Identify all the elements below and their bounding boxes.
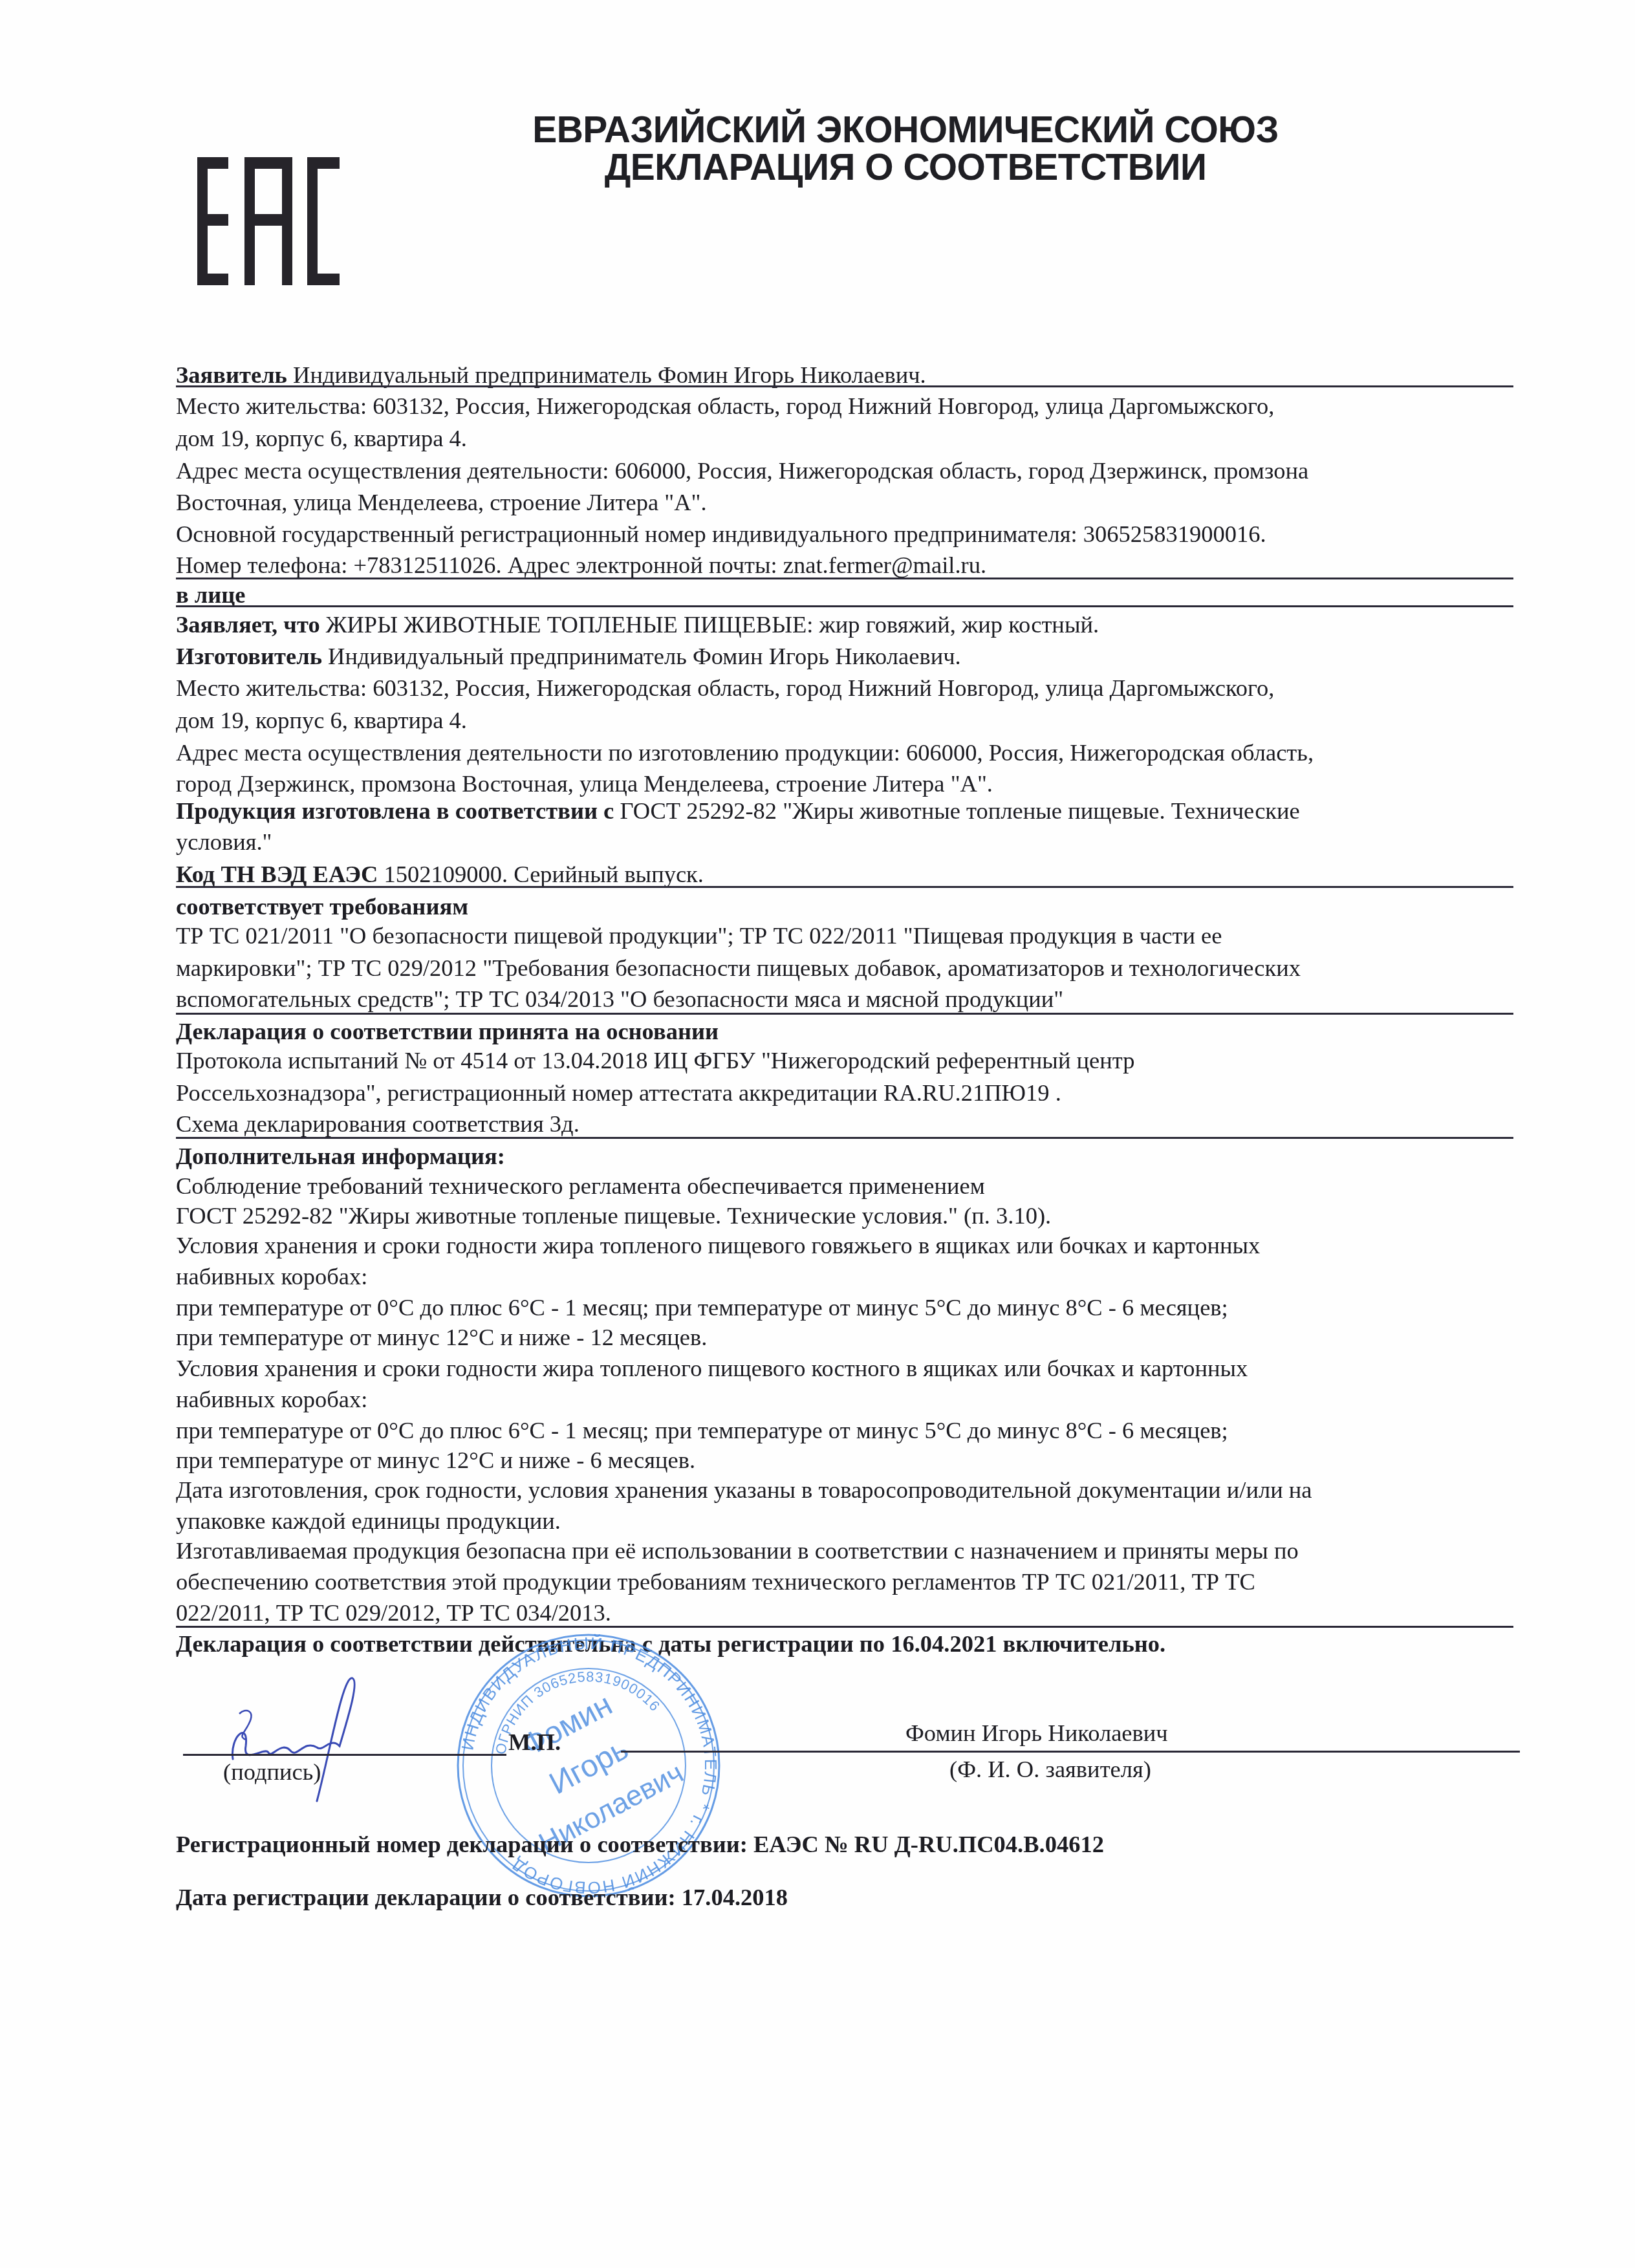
document-title: ДЕКЛАРАЦИЯ О СООТВЕТСТВИИ (285, 146, 1526, 189)
requirements-label: соответствует требованиям (176, 892, 468, 921)
applicant-contacts-line: Номер телефона: +78312511026. Адрес элек… (176, 551, 986, 579)
basis-protocol-line: Протокола испытаний № от 4514 от 13.04.2… (176, 1046, 1134, 1075)
divider (176, 1626, 1513, 1628)
standard-label: Продукция изготовлена в соответствии с (176, 797, 614, 824)
signature-line (183, 1754, 506, 1756)
applicant-address-line: Место жительства: 603132, Россия, Нижего… (176, 392, 1274, 420)
divider (176, 886, 1513, 888)
basis-scheme-line: Схема декларирования соответствия 3д. (176, 1110, 579, 1138)
standard-value-cont: условия." (176, 828, 272, 856)
additional-line: при температуре от минус 12°С и ниже - 1… (176, 1323, 707, 1352)
additional-line: 022/2011, ТР ТС 029/2012, ТР ТС 034/2013… (176, 1599, 611, 1627)
additional-line: Соблюдение требований технического регла… (176, 1172, 985, 1200)
declaration-page: ЕВРАЗИЙСКИЙ ЭКОНОМИЧЕСКИЙ СОЮЗ ДЕКЛАРАЦИ… (0, 0, 1635, 2268)
divider (176, 578, 1513, 579)
applicant-address-line: дом 19, корпус 6, квартира 4. (176, 424, 467, 453)
additional-line: при температуре от 0°С до плюс 6°С - 1 м… (176, 1416, 1228, 1445)
product-name: ЖИРЫ ЖИВОТНЫЕ ТОПЛЕНЫЕ ПИЩЕВЫЕ: жир говя… (320, 611, 1099, 638)
declares-label: Заявляет, что (176, 611, 320, 638)
manufacturer-address-line: дом 19, корпус 6, квартира 4. (176, 706, 467, 735)
tnved-label: Код ТН ВЭД ЕАЭС (176, 861, 378, 887)
registration-date: Дата регистрации декларации о соответств… (176, 1883, 788, 1912)
stamp-place-label: М.П. (508, 1728, 561, 1756)
tnved-row: Код ТН ВЭД ЕАЭС 1502109000. Серийный вып… (176, 860, 704, 889)
applicant-ogrnip-line: Основной государственный регистрационный… (176, 520, 1266, 548)
registration-number: Регистрационный номер декларации о соотв… (176, 1830, 1104, 1859)
additional-line: Условия хранения и сроки годности жира т… (176, 1354, 1248, 1383)
requirements-line: ТР ТС 021/2011 "О безопасности пищевой п… (176, 922, 1222, 950)
additional-line: набивных коробах: (176, 1262, 367, 1291)
manufacturer-name: Индивидуальный предприниматель Фомин Иго… (322, 643, 961, 669)
standard-value: ГОСТ 25292-82 "Жиры животные топленые пи… (614, 797, 1300, 824)
signature-caption: (подпись) (223, 1758, 321, 1786)
additional-label: Дополнительная информация: (176, 1142, 505, 1171)
additional-line: Условия хранения и сроки годности жира т… (176, 1231, 1260, 1260)
divider (176, 1013, 1513, 1015)
union-title: ЕВРАЗИЙСКИЙ ЭКОНОМИЧЕСКИЙ СОЮЗ (285, 109, 1526, 151)
divider (176, 1137, 1513, 1139)
manufacturer-production-line: город Дзержинск, промзона Восточная, ули… (176, 770, 993, 798)
manufacturer-address-line: Место жительства: 603132, Россия, Нижего… (176, 674, 1274, 702)
applicant-activity-line: Восточная, улица Менделеева, строение Ли… (176, 488, 707, 517)
additional-line: упаковке каждой единицы продукции. (176, 1507, 561, 1535)
tnved-value: 1502109000. Серийный выпуск. (378, 861, 704, 887)
applicant-name: Индивидуальный предприниматель Фомин Иго… (287, 362, 926, 388)
basis-label: Декларация о соответствии принята на осн… (176, 1017, 719, 1046)
basis-protocol-line: Россельхознадзора", регистрационный номе… (176, 1079, 1061, 1107)
additional-line: обеспечению соответствия этой продукции … (176, 1568, 1255, 1596)
manufacturer-label: Изготовитель (176, 643, 322, 669)
additional-line: ГОСТ 25292-82 "Жиры животные топленые пи… (176, 1202, 1051, 1230)
requirements-line: вспомогательных средств"; ТР ТС 034/2013… (176, 985, 1063, 1013)
name-line (621, 1751, 1520, 1753)
additional-line: Изготавливаемая продукция безопасна при … (176, 1537, 1299, 1565)
manufacturer-row: Изготовитель Индивидуальный предпринимат… (176, 642, 961, 671)
declares-row: Заявляет, что ЖИРЫ ЖИВОТНЫЕ ТОПЛЕНЫЕ ПИЩ… (176, 610, 1099, 639)
applicant-label: Заявитель (176, 362, 287, 388)
requirements-line: маркировки"; ТР ТС 029/2012 "Требования … (176, 954, 1301, 982)
additional-line: Дата изготовления, срок годности, услови… (176, 1476, 1312, 1504)
standard-row: Продукция изготовлена в соответствии с Г… (176, 797, 1300, 825)
additional-line: набивных коробах: (176, 1385, 367, 1414)
additional-line: при температуре от минус 12°С и ниже - 6… (176, 1446, 695, 1474)
additional-line: при температуре от 0°С до плюс 6°С - 1 м… (176, 1293, 1228, 1322)
divider (176, 605, 1513, 607)
manufacturer-production-line: Адрес места осуществления деятельности п… (176, 739, 1314, 767)
applicant-activity-line: Адрес места осуществления деятельности: … (176, 457, 1308, 485)
applicant-full-name: Фомин Игорь Николаевич (905, 1719, 1168, 1747)
applicant-name-caption: (Ф. И. О. заявителя) (949, 1755, 1151, 1783)
divider (176, 385, 1513, 387)
